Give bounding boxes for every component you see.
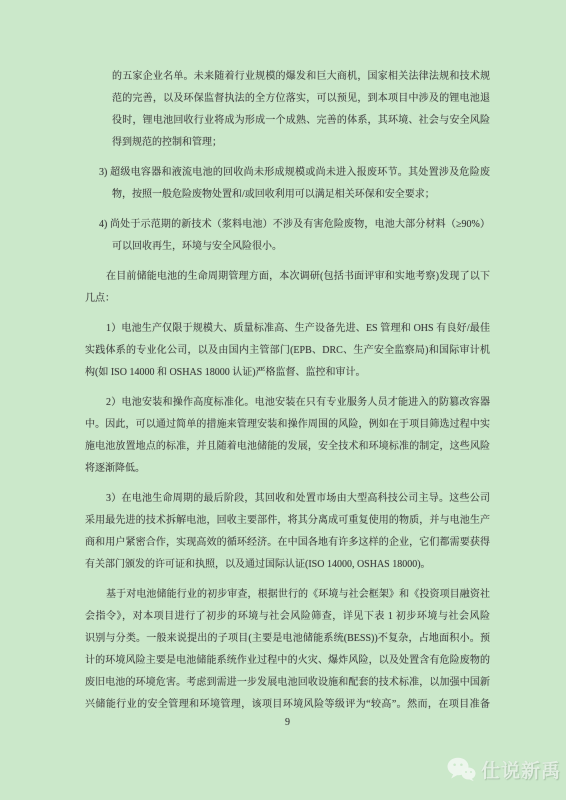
text-line: 物，按照一般危险废物处置和/或回收利用可以满足相关环保和安全要求；: [85, 184, 490, 206]
text-line: 几点：: [85, 288, 490, 310]
list-item-4: 4) 尚处于示范期的新技术（浆料电池）不涉及有害危险废物，电池大部分材料（≥90…: [85, 214, 490, 258]
text-line: 2）电池安装和操作高度标准化。电池安装在只有专业服务人员才能进入的防篡改容器: [85, 392, 490, 414]
text-line: 役时，锂电池回收行业将成为形成一个成熟、完善的体系，其环境、社会与安全风险: [85, 110, 490, 132]
watermark: 仕说新禹: [447, 756, 561, 783]
watermark-text: 仕说新禹: [481, 756, 561, 783]
text-line: 基于对电池储能行业的初步审查，根据世行的《环境与社会框架》和《投资项目融资社: [85, 584, 490, 606]
text-line: 可以回收再生，环境与安全风险很小。: [85, 236, 490, 258]
text-line: 实践体系的专业化公司，以及由国内主管部门(EPB、DRC、生产安全监察局)和国际…: [85, 340, 490, 362]
text-line: 构(如 ISO 14000 和 OSHAS 18000 认证)严格监督、监控和审…: [85, 362, 490, 384]
text-line: 得到规范的控制和管理；: [85, 132, 490, 154]
text-line: 3) 超级电容器和液流电池的回收尚未形成规模或尚未进入报废环节。其处置涉及危险废: [85, 162, 490, 184]
text-line: 4) 尚处于示范期的新技术（浆料电池）不涉及有害危险废物，电池大部分材料（≥90…: [85, 214, 490, 236]
paragraph-survey-findings: 在目前储能电池的生命周期管理方面，本次调研(包括书面评审和实地考察)发现了以下几…: [85, 266, 490, 310]
document-page: 的五家企业名单。未来随着行业规模的爆发和巨大商机，国家相关法律法规和技术规范的完…: [0, 0, 566, 800]
text-line: 废旧电池的环境危害。考虑到需进一步发展电池回收设施和配套的技术标准，以加强中国新: [85, 672, 490, 694]
text-line: 有关部门颁发的许可证和执照，以及通过国际认证(ISO 14000, OSHAS …: [85, 554, 490, 576]
paragraph-point-2: 2）电池安装和操作高度标准化。电池安装在只有专业服务人员才能进入的防篡改容器中。…: [85, 392, 490, 480]
text-line: 中。因此，可以通过简单的措施来管理安装和操作周围的风险，例如在于项目筛选过程中实: [85, 414, 490, 436]
text-line: 施电池放置地点的标准，并且随着电池储能的发展，安全技术和环境标准的制定，这些风险: [85, 436, 490, 458]
text-line: 在目前储能电池的生命周期管理方面，本次调研(包括书面评审和实地考察)发现了以下: [85, 266, 490, 288]
text-line: 识别与分类。一般来说提出的子项目(主要是电池储能系统(BESS))不复杂，占地面…: [85, 628, 490, 650]
text-line: 将逐渐降低。: [85, 458, 490, 480]
text-line: 商和用户紧密合作，实现高效的循环经济。在中国各地有许多这样的企业，它们都需要获得: [85, 532, 490, 554]
page-number: 9: [85, 714, 490, 732]
text-block: 的五家企业名单。未来随着行业规模的爆发和巨大商机，国家相关法律法规和技术规范的完…: [85, 66, 490, 724]
text-line: 范的完善，以及环保监督执法的全方位落实，可以预见，到本项目中涉及的锂电池退: [85, 88, 490, 110]
text-line: 会指令》，对本项目进行了初步的环境与社会风险筛查，详见下表 1 初步环境与社会风…: [85, 606, 490, 628]
text-line: 3）在电池生命周期的最后阶段，其回收和处置市场由大型高科技公司主导。这些公司: [85, 488, 490, 510]
text-line: 采用最先进的技术拆解电池，回收主要部件，将其分离成可重复使用的物质，并与电池生产: [85, 510, 490, 532]
wechat-icon: [447, 757, 476, 782]
paragraph-point-3: 3）在电池生命周期的最后阶段，其回收和处置市场由大型高科技公司主导。这些公司采用…: [85, 488, 490, 576]
paragraph-point-1: 1）电池生产仅限于规模大、质量标准高、生产设备先进、ES 管理和 OHS 有良好…: [85, 318, 490, 384]
text-line: 的五家企业名单。未来随着行业规模的爆发和巨大商机，国家相关法律法规和技术规: [85, 66, 490, 88]
list-item-3: 3) 超级电容器和液流电池的回收尚未形成规模或尚未进入报废环节。其处置涉及危险废…: [85, 162, 490, 206]
text-line: 1）电池生产仅限于规模大、质量标准高、生产设备先进、ES 管理和 OHS 有良好…: [85, 318, 490, 340]
continued-paragraph: 的五家企业名单。未来随着行业规模的爆发和巨大商机，国家相关法律法规和技术规范的完…: [85, 66, 490, 154]
paragraph-risk-screening: 基于对电池储能行业的初步审查，根据世行的《环境与社会框架》和《投资项目融资社会指…: [85, 584, 490, 716]
text-line: 计的环境风险主要是电池储能系统作业过程中的火灾、爆炸风险，以及处置含有危险废物的: [85, 650, 490, 672]
text-line: 兴储能行业的安全管理和环境管理，该项目环境风险等级评为“较高”。然而，在项目准备: [85, 694, 490, 716]
